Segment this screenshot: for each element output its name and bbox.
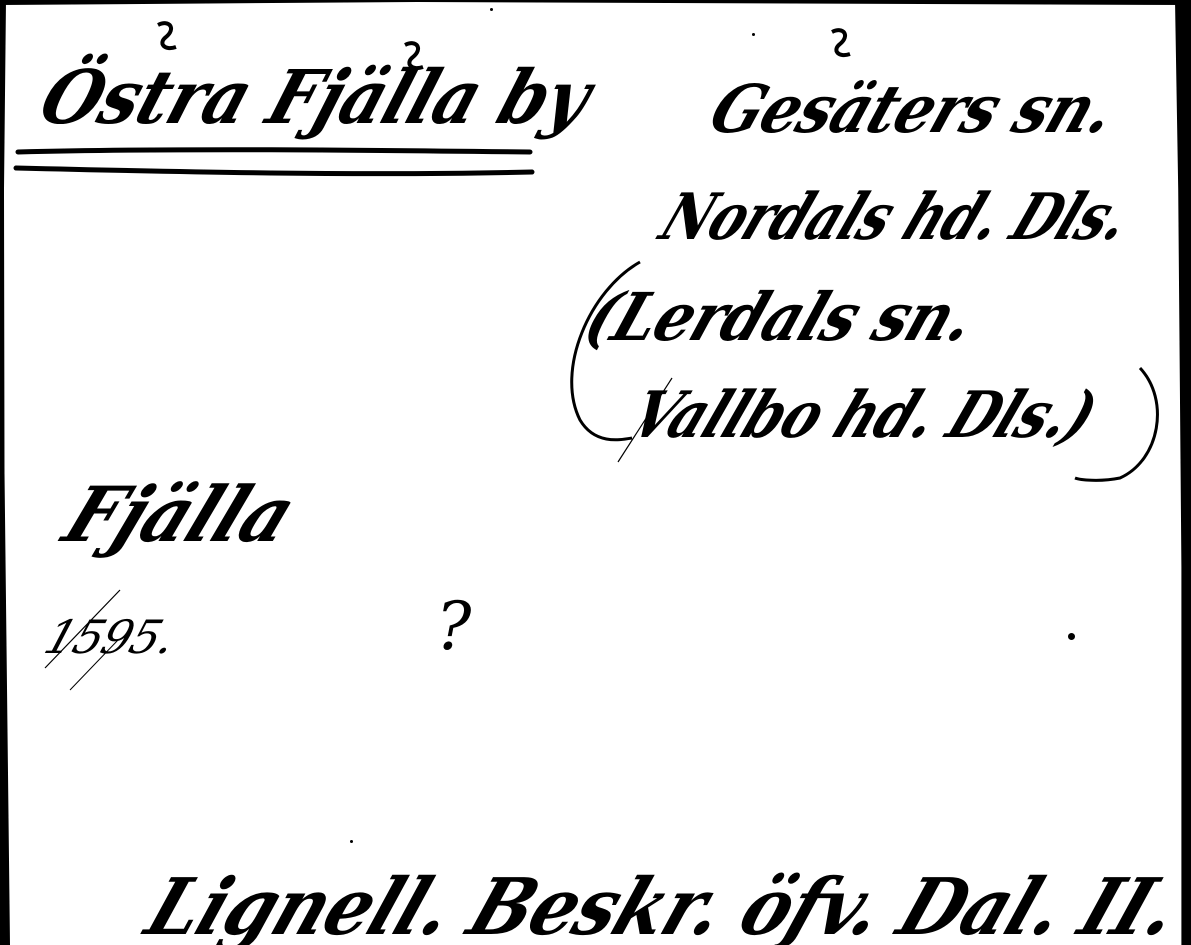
scan-speck bbox=[350, 840, 353, 843]
handwriting-strokes bbox=[0, 0, 1191, 945]
scan-speck bbox=[752, 33, 755, 36]
scan-speck bbox=[490, 8, 493, 11]
scan-speck bbox=[1068, 633, 1075, 640]
archive-card: Östra Fjälla by Gesäters sn. Nordals hd.… bbox=[0, 0, 1191, 945]
